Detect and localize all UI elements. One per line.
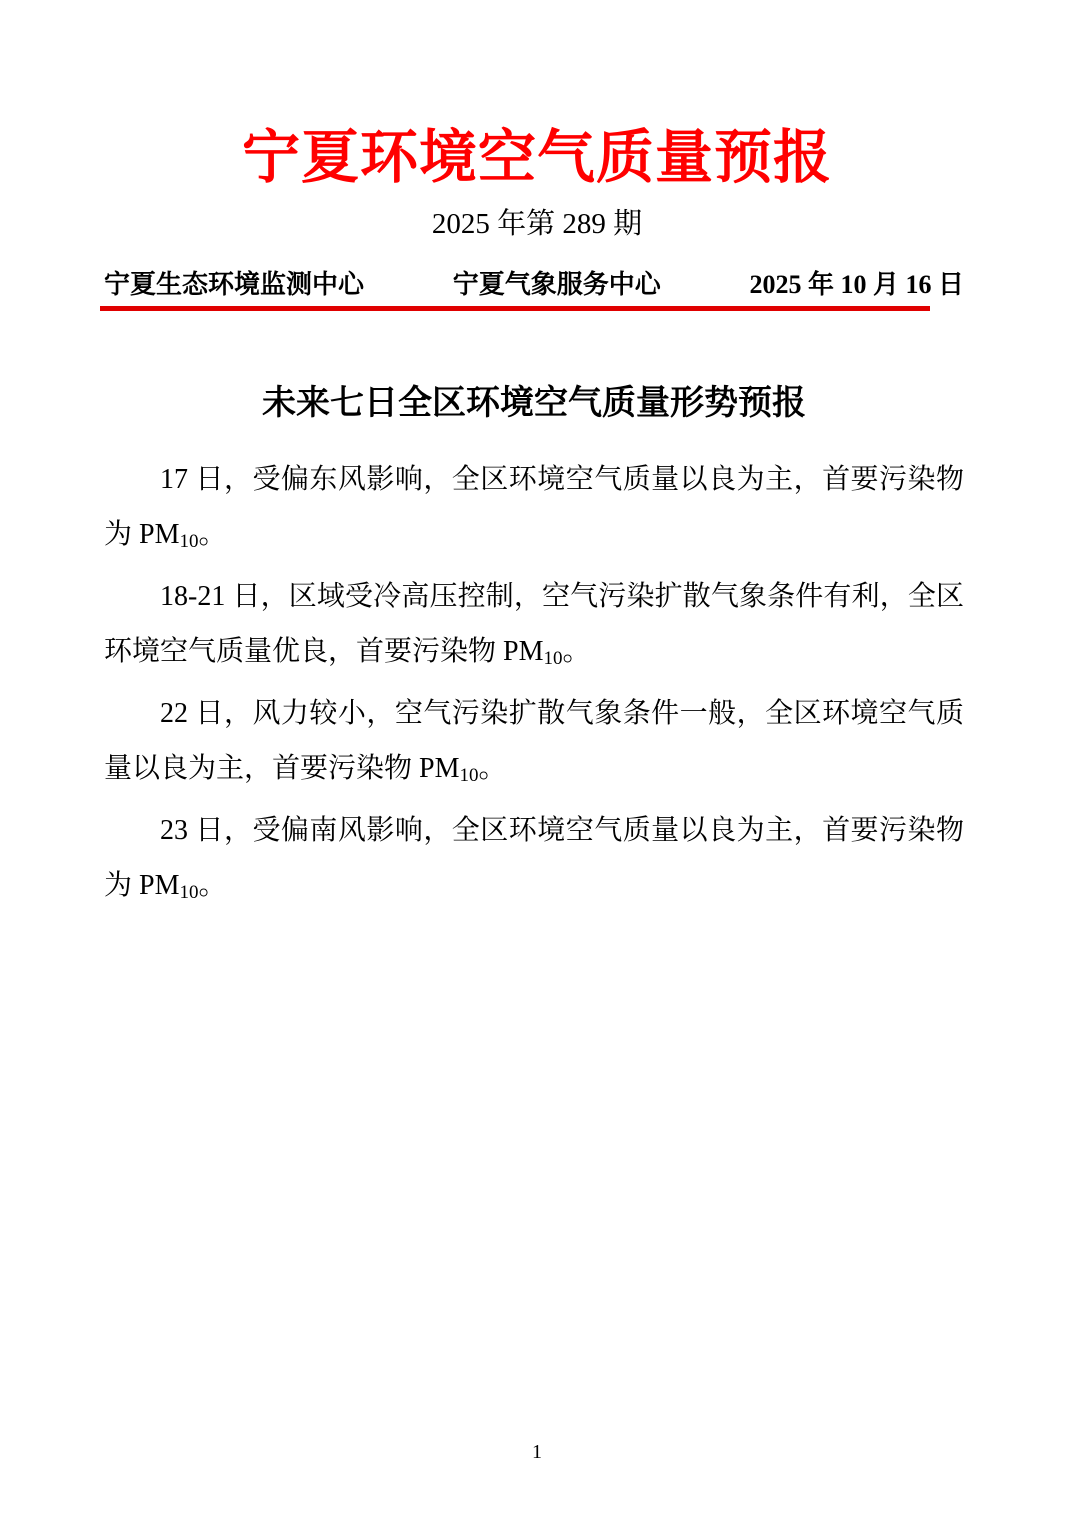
masthead-rule — [100, 306, 930, 311]
pm10-subscript: 10 — [179, 882, 198, 903]
document-title: 宁夏环境空气质量预报 — [0, 0, 1074, 195]
paragraph-end: 。 — [198, 519, 226, 550]
org-center: 宁夏气象服务中心 — [453, 269, 661, 300]
masthead-row: 宁夏生态环境监测中心 宁夏气象服务中心 2025 年 10 月 16 日 — [104, 269, 964, 300]
section-title: 未来七日全区环境空气质量形势预报 — [104, 381, 964, 425]
paragraph-end: 。 — [562, 636, 590, 667]
document-page: 宁夏环境空气质量预报 2025 年第 289 期 宁夏生态环境监测中心 宁夏气象… — [0, 0, 1074, 1520]
pm10-subscript: 10 — [543, 648, 562, 669]
forecast-paragraph-day17: 17 日，受偏东风影响，全区环境空气质量以良为主，首要污染物为 PM10。 — [104, 452, 964, 569]
pm10-subscript: 10 — [179, 531, 198, 552]
page-number: 1 — [0, 1441, 1074, 1464]
paragraph-text: 22 日，风力较小，空气污染扩散气象条件一般，全区环境空气质量以良为主，首要污染… — [104, 698, 964, 784]
paragraph-text: 18-21 日，区域受冷高压控制，空气污染扩散气象条件有利，全区环境空气质量优良… — [104, 581, 964, 667]
issue-date: 2025 年 10 月 16 日 — [749, 269, 964, 300]
forecast-body: 17 日，受偏东风影响，全区环境空气质量以良为主，首要污染物为 PM10。 18… — [104, 452, 964, 920]
content-column: 宁夏生态环境监测中心 宁夏气象服务中心 2025 年 10 月 16 日 未来七… — [104, 269, 964, 919]
forecast-paragraph-day18-21: 18-21 日，区域受冷高压控制，空气污染扩散气象条件有利，全区环境空气质量优良… — [104, 569, 964, 686]
forecast-paragraph-day23: 23 日，受偏南风影响，全区环境空气质量以良为主，首要污染物为 PM10。 — [104, 803, 964, 920]
paragraph-text: 17 日，受偏东风影响，全区环境空气质量以良为主，首要污染物为 PM — [104, 464, 964, 550]
pm10-subscript: 10 — [459, 765, 478, 786]
org-left: 宁夏生态环境监测中心 — [104, 269, 364, 300]
paragraph-end: 。 — [478, 753, 506, 784]
paragraph-text: 23 日，受偏南风影响，全区环境空气质量以良为主，首要污染物为 PM — [104, 815, 964, 901]
forecast-paragraph-day22: 22 日，风力较小，空气污染扩散气象条件一般，全区环境空气质量以良为主，首要污染… — [104, 686, 964, 803]
issue-number: 2025 年第 289 期 — [0, 209, 1074, 241]
paragraph-end: 。 — [198, 870, 226, 901]
